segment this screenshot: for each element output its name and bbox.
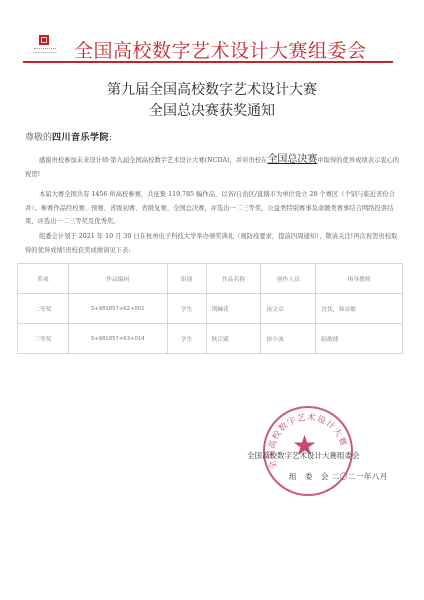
- cell-work-name: 秋江赋: [206, 324, 261, 354]
- table-row: 三等奖 S+981857+K3+014 学生 秋江赋 徐小波 陆敏捷: [18, 324, 403, 354]
- paragraph-stats: 本届大赛全国共有 1456 所高校参赛，共征集 119,785 幅作品，以省/自…: [25, 188, 400, 229]
- cell-creator: 徐小波: [261, 324, 316, 354]
- logo-caption-line: [33, 52, 57, 53]
- salutation-prefix: 尊敬的: [25, 133, 52, 143]
- awards-table: 奖项 作品编码 组别 作品名称 创作人员 指导教师 二等奖 S+981857+K…: [17, 263, 403, 354]
- header-advisor: 指导教师: [316, 264, 403, 294]
- table-row: 二等奖 S+981857+K2+001 学生 荆棘花 汤文卓 沈忱，韩彦敏: [18, 294, 403, 324]
- cell-advisor: 沈忱，韩彦敏: [316, 294, 403, 324]
- signature-org: 全国高校数字艺术设计大赛组委会: [247, 450, 360, 461]
- header-group: 组别: [167, 264, 206, 294]
- paragraph-thanks-text: 感谢贵校参加未来设计师·第九届全国高校数字艺术设计大赛(NCDA)，并对贵校在: [39, 157, 267, 164]
- signature-date: 二〇二一年八月: [332, 472, 388, 481]
- cell-group: 学生: [167, 324, 206, 354]
- cell-work-name: 荆棘花: [206, 294, 261, 324]
- salutation: 尊敬的四川音乐学院:: [25, 130, 112, 143]
- salutation-suffix: :: [109, 133, 112, 143]
- seal-logo-icon: [39, 35, 49, 45]
- table-header-row: 奖项 作品编码 组别 作品名称 创作人员 指导教师: [18, 264, 403, 294]
- cell-group: 学生: [167, 294, 206, 324]
- cell-work-code: S+981857+K3+014: [68, 324, 167, 354]
- paragraph-ceremony: 组委会计划于 2021 年 10 月 30 日在杭州电子科技大学举办颁奖典礼（视…: [25, 230, 400, 257]
- header-divider: [23, 61, 393, 63]
- cell-award: 三等奖: [18, 324, 69, 354]
- cell-creator: 汤文卓: [261, 294, 316, 324]
- paragraph-thanks: 感谢贵校参加未来设计师·第九届全国高校数字艺术设计大赛(NCDA)，并对贵校在全…: [25, 153, 400, 181]
- paragraph-ceremony-text: 组委会计划于 2021 年 10 月 30 日在杭州电子科技大学举办颁奖典礼（视…: [25, 233, 397, 254]
- recipient-name: 四川音乐学院: [52, 133, 109, 143]
- notice-subtitle: 全国总决赛获奖通知: [0, 100, 424, 120]
- paragraph-stats-text: 本届大赛全国共有 1456 所高校参赛，共征集 119,785 幅作品，以省/自…: [25, 191, 395, 225]
- highlight-final: 全国总决赛: [267, 154, 317, 165]
- signature-line: 组 委 会 二〇二一年八月: [289, 471, 388, 482]
- org-title: 全国高校数字艺术设计大赛组委会: [74, 36, 367, 63]
- cell-work-code: S+981857+K2+001: [68, 294, 167, 324]
- header-award: 奖项: [18, 264, 69, 294]
- cell-award: 二等奖: [18, 294, 69, 324]
- header-work-code: 作品编码: [68, 264, 167, 294]
- notice-title: 第九届全国高校数字艺术设计大赛: [0, 79, 424, 99]
- signature-role: 组 委 会: [289, 472, 329, 481]
- header-work-name: 作品名称: [206, 264, 261, 294]
- cell-advisor: 陆敏捷: [316, 324, 403, 354]
- header-creator: 创作人员: [261, 264, 316, 294]
